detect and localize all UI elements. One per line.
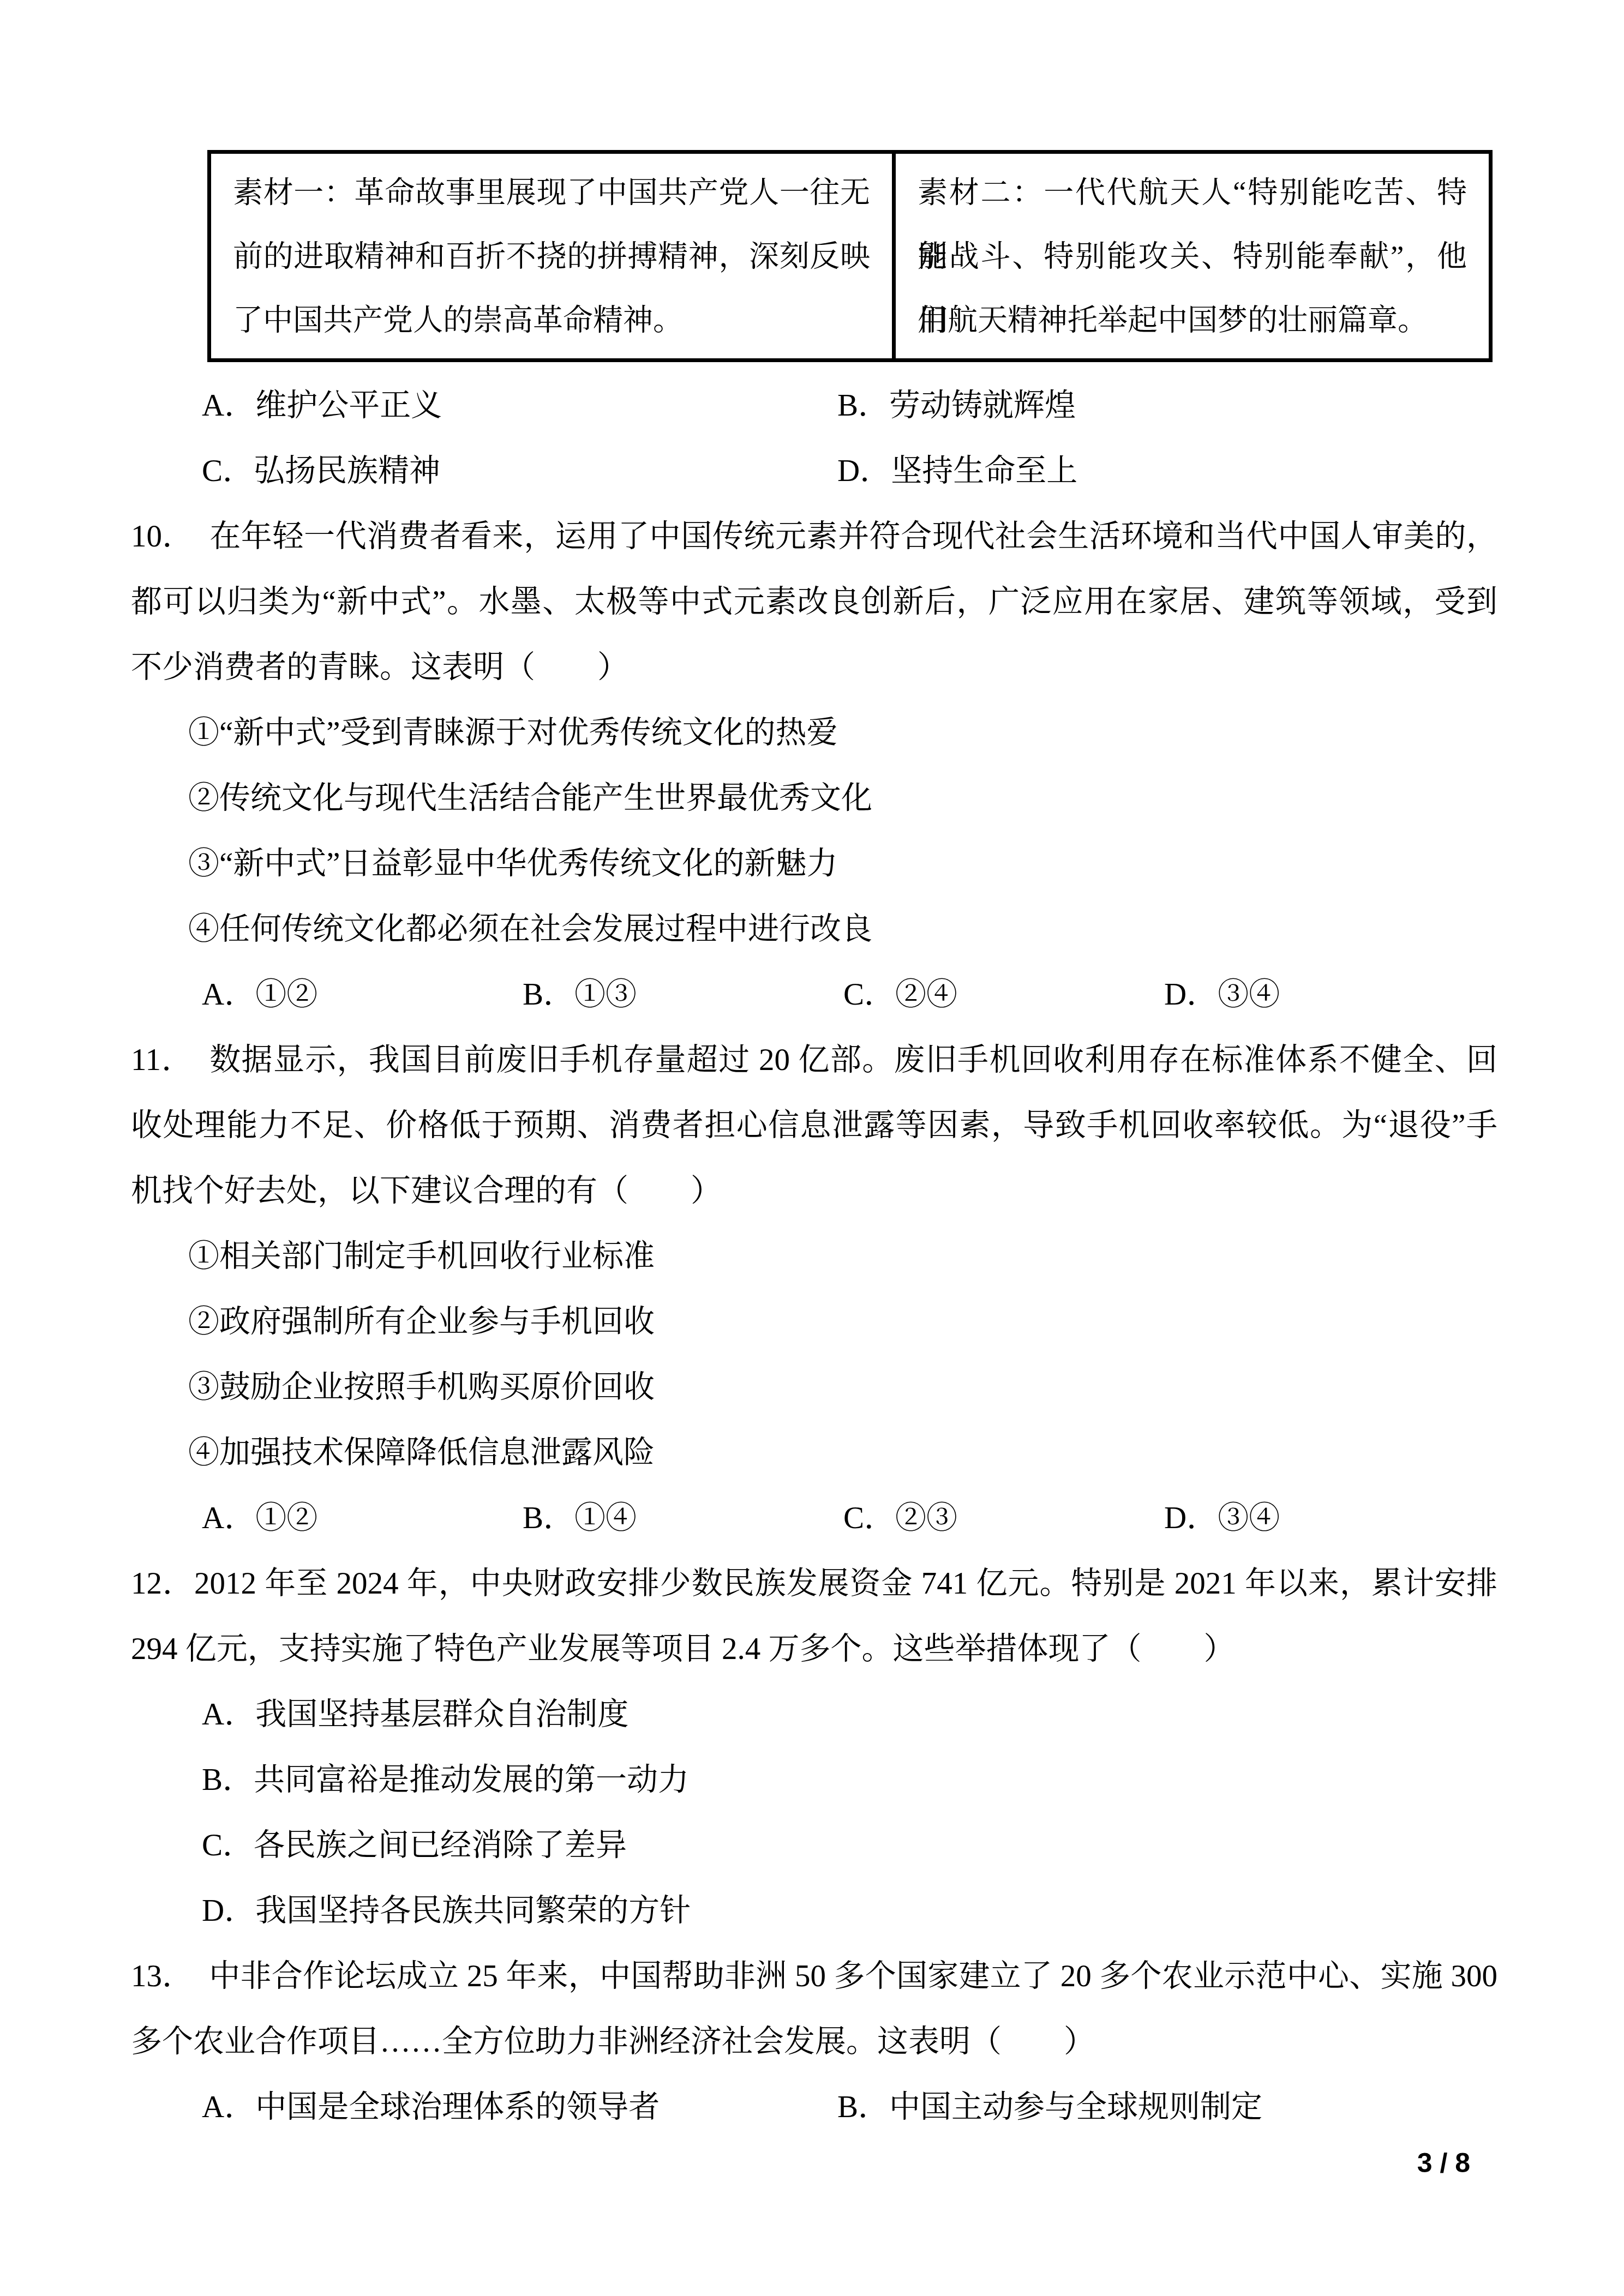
question-10-options: A．①② B．①③ C．②④ D．③④: [202, 962, 1497, 1027]
question-12-option-a: A．我国坚持基层群众自治制度: [202, 1682, 1497, 1747]
material-one-line: 前的进取精神和百折不挠的拼搏精神，深刻反映: [233, 224, 870, 288]
exam-page: 素材一：革命故事里展现了中国共产党人一往无 前的进取精神和百折不挠的拼搏精神，深…: [0, 150, 1624, 2180]
question-12: 12．2012 年至 2024 年，中央财政安排少数民族发展资金 741 亿元。…: [131, 1551, 1497, 1944]
question-12-option-b: B．共同富裕是推动发展的第一动力: [202, 1747, 1497, 1813]
question-11-item-1: ①相关部门制定手机回收行业标准: [188, 1224, 1497, 1289]
question-13: 13． 中非合作论坛成立 25 年来，中国帮助非洲 50 多个国家建立了 20 …: [131, 1944, 1497, 2140]
question-13-stem-line: 13． 中非合作论坛成立 25 年来，中国帮助非洲 50 多个国家建立了 20 …: [131, 1944, 1497, 2009]
question-10: 10． 在年轻一代消费者看来，运用了中国传统元素并符合现代社会生活环境和当代中国…: [131, 504, 1497, 1027]
material-two-line: 用航天精神托举起中国梦的壮丽篇章。: [918, 288, 1467, 352]
material-one-cell: 素材一：革命故事里展现了中国共产党人一往无 前的进取精神和百折不挠的拼搏精神，深…: [211, 154, 896, 358]
question-11-option-c: C．②③: [843, 1486, 1164, 1551]
question-11-stem-line: 11． 数据显示，我国目前废旧手机存量超过 20 亿部。废旧手机回收利用存在标准…: [131, 1027, 1497, 1093]
page-number: 3 / 8: [131, 2145, 1497, 2180]
question-11-item-2: ②政府强制所有企业参与手机回收: [188, 1289, 1497, 1355]
question-10-stem-line: 不少消费者的青睐。这表明（ ）: [131, 635, 1497, 700]
question-10-stem-line: 10． 在年轻一代消费者看来，运用了中国传统元素并符合现代社会生活环境和当代中国…: [131, 504, 1497, 569]
question-11-option-b: B．①④: [523, 1486, 843, 1551]
question-12-option-c: C．各民族之间已经消除了差异: [202, 1813, 1497, 1878]
question-10-item-2: ②传统文化与现代生活结合能产生世界最优秀文化: [188, 766, 1497, 831]
question-13-option-a: A．中国是全球治理体系的领导者: [202, 2075, 837, 2140]
question-11-option-d: D．③④: [1164, 1486, 1497, 1551]
question-11-stem-line: 机找个好去处，以下建议合理的有（ ）: [131, 1158, 1497, 1224]
question-10-item-3: ③“新中式”日益彰显中华优秀传统文化的新魅力: [188, 831, 1497, 897]
question-10-option-d: D．③④: [1164, 962, 1497, 1027]
question-13-option-b: B．中国主动参与全球规则制定: [837, 2075, 1497, 2140]
material-one-line: 素材一：革命故事里展现了中国共产党人一往无: [233, 160, 870, 224]
material-one-line: 了中国共产党人的崇高革命精神。: [233, 288, 870, 352]
prev-question-options: A．维护公平正义 B．劳动铸就辉煌 C．弘扬民族精神 D．坚持生命至上: [202, 373, 1497, 504]
question-10-stem-line: 都可以归类为“新中式”。水墨、太极等中式元素改良创新后，广泛应用在家居、建筑等领…: [131, 569, 1497, 635]
prev-question-option-d: D．坚持生命至上: [837, 438, 1497, 504]
prev-question-option-a: A．维护公平正义: [202, 373, 837, 438]
prev-question-option-c: C．弘扬民族精神: [202, 438, 837, 504]
question-11-stem-line: 收处理能力不足、价格低于预期、消费者担心信息泄露等因素，导致手机回收率较低。为“…: [131, 1093, 1497, 1158]
question-11-options: A．①② B．①④ C．②③ D．③④: [202, 1486, 1497, 1551]
question-12-option-d: D．我国坚持各民族共同繁荣的方针: [202, 1878, 1497, 1944]
question-12-stem-line: 294 亿元，支持实施了特色产业发展等项目 2.4 万多个。这些举措体现了（ ）: [131, 1616, 1497, 1682]
material-two-line: 素材二：一代代航天人“特别能吃苦、特别: [918, 160, 1467, 224]
material-two-cell: 素材二：一代代航天人“特别能吃苦、特别 能战斗、特别能攻关、特别能奉献”，他们 …: [896, 154, 1489, 358]
question-12-stem-line: 12．2012 年至 2024 年，中央财政安排少数民族发展资金 741 亿元。…: [131, 1551, 1497, 1616]
question-11-item-3: ③鼓励企业按照手机购买原价回收: [188, 1355, 1497, 1420]
question-10-item-1: ①“新中式”受到青睐源于对优秀传统文化的热爱: [188, 700, 1497, 766]
question-10-option-b: B．①③: [523, 962, 843, 1027]
question-13-stem-line: 多个农业合作项目……全方位助力非洲经济社会发展。这表明（ ）: [131, 2009, 1497, 2075]
question-13-options: A．中国是全球治理体系的领导者 B．中国主动参与全球规则制定: [202, 2075, 1497, 2140]
question-10-option-a: A．①②: [202, 962, 523, 1027]
prev-question-option-b: B．劳动铸就辉煌: [837, 373, 1497, 438]
question-11: 11． 数据显示，我国目前废旧手机存量超过 20 亿部。废旧手机回收利用存在标准…: [131, 1027, 1497, 1551]
material-two-line: 能战斗、特别能攻关、特别能奉献”，他们: [918, 224, 1467, 288]
question-11-item-4: ④加强技术保障降低信息泄露风险: [188, 1420, 1497, 1486]
question-10-item-4: ④任何传统文化都必须在社会发展过程中进行改良: [188, 897, 1497, 962]
question-11-option-a: A．①②: [202, 1486, 523, 1551]
question-10-option-c: C．②④: [843, 962, 1164, 1027]
materials-table: 素材一：革命故事里展现了中国共产党人一往无 前的进取精神和百折不挠的拼搏精神，深…: [207, 150, 1493, 362]
